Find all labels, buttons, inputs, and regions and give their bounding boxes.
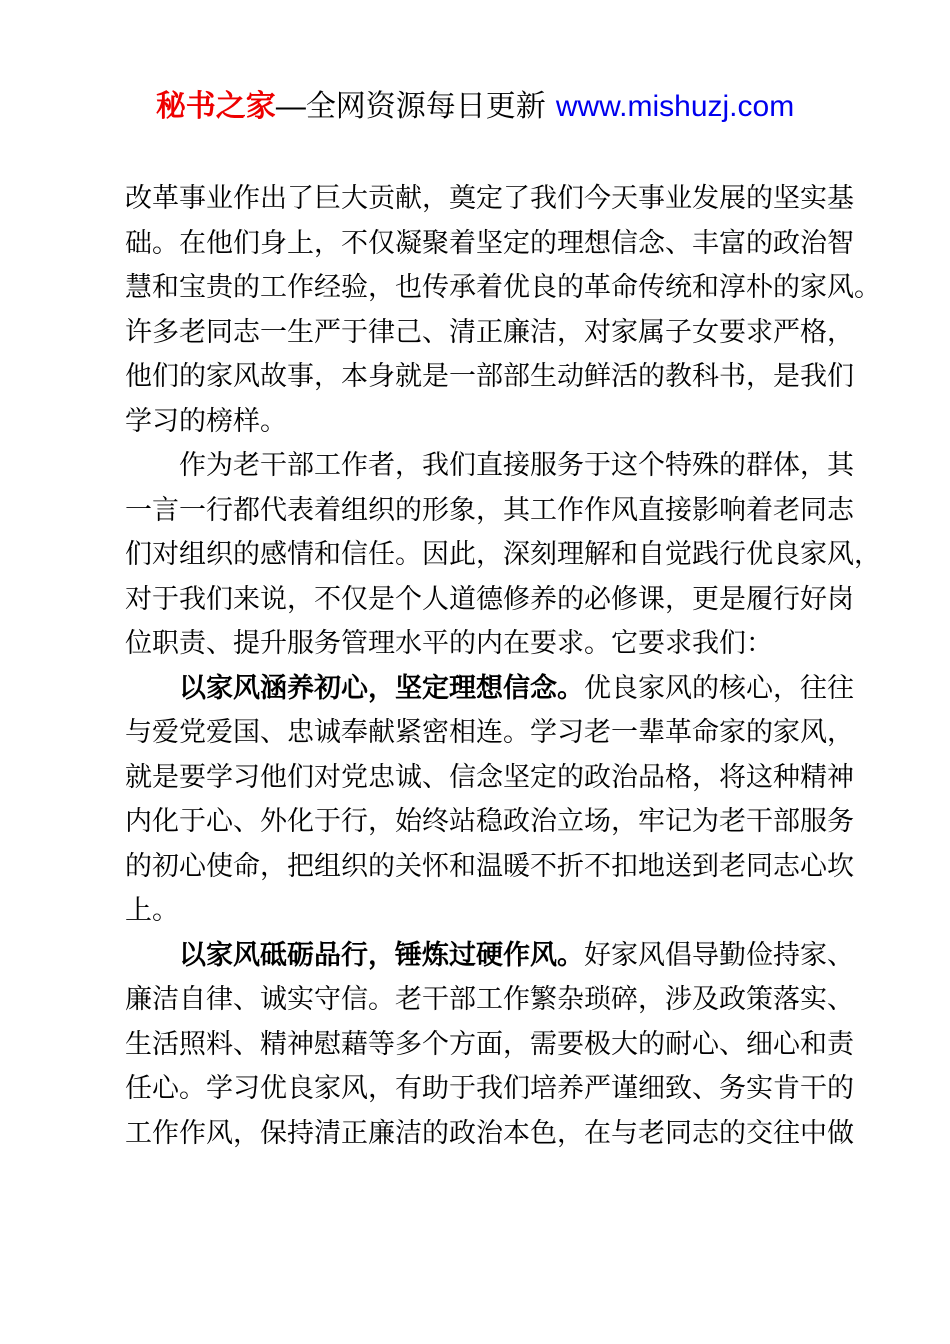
line-text: 们对组织的感情和信任。因此，深刻理解和自觉践行优良家风，	[125, 539, 881, 569]
text-line: 他们的家风故事，本身就是一部部生动鲜活的教科书，是我们	[125, 354, 880, 399]
text-line: 的初心使命，把组织的关怀和温暖不折不扣地送到老同志心坎	[125, 844, 880, 889]
site-name: 秘书之家	[156, 90, 276, 123]
text-line: 作为老干部工作者，我们直接服务于这个特殊的群体，其	[125, 443, 880, 488]
text-line: 生活照料、精神慰藉等多个方面，需要极大的耐心、细心和责	[125, 1022, 880, 1067]
text-line: 对于我们来说，不仅是个人道德修养的必修课，更是履行好岗	[125, 577, 880, 622]
line-text: 改革事业作出了巨大贡献，奠定了我们今天事业发展的坚实基	[125, 183, 854, 213]
text-line: 以家风砥砺品行，锤炼过硬作风。好家风倡导勤俭持家、	[125, 933, 880, 978]
line-text: 位职责、提升服务管理水平的内在要求。它要求我们：	[125, 628, 773, 658]
line-text: 学习的榜样。	[125, 406, 287, 436]
line-text: 他们的家风故事，本身就是一部部生动鲜活的教科书，是我们	[125, 361, 854, 391]
page-header: 秘书之家—全网资源每日更新www.mishuzj.com	[0, 86, 950, 128]
text-line: 就是要学习他们对党忠诚、信念坚定的政治品格，将这种精神	[125, 755, 880, 800]
line-text: 廉洁自律、诚实守信。老干部工作繁杂琐碎，涉及政策落实、	[125, 984, 854, 1014]
line-text: 工作作风，保持清正廉洁的政治本色，在与老同志的交往中做	[125, 1118, 854, 1148]
line-text: 一言一行都代表着组织的形象，其工作作风直接影响着老同志	[125, 495, 854, 525]
line-text: 作为老干部工作者，我们直接服务于这个特殊的群体，其	[179, 450, 854, 480]
line-text: 慧和宝贵的工作经验，也传承着优良的革命传统和淳朴的家风。	[125, 272, 881, 302]
document-page: 秘书之家—全网资源每日更新www.mishuzj.com 改革事业作出了巨大贡献…	[0, 0, 950, 1344]
text-line: 改革事业作出了巨大贡献，奠定了我们今天事业发展的坚实基	[125, 176, 880, 221]
text-line: 内化于心、外化于行，始终站稳政治立场，牢记为老干部服务	[125, 799, 880, 844]
text-line: 廉洁自律、诚实守信。老干部工作繁杂琐碎，涉及政策落实、	[125, 977, 880, 1022]
text-line: 学习的榜样。	[125, 399, 880, 444]
line-text: 础。在他们身上，不仅凝聚着坚定的理想信念、丰富的政治智	[125, 228, 854, 258]
text-line: 慧和宝贵的工作经验，也传承着优良的革命传统和淳朴的家风。	[125, 265, 880, 310]
bold-lead-text: 以家风涵养初心，坚定理想信念。	[179, 673, 584, 703]
text-line: 们对组织的感情和信任。因此，深刻理解和自觉践行优良家风，	[125, 532, 880, 577]
line-text: 好家风倡导勤俭持家、	[584, 940, 854, 970]
line-text: 对于我们来说，不仅是个人道德修养的必修课，更是履行好岗	[125, 584, 854, 614]
text-line: 与爱党爱国、忠诚奉献紧密相连。学习老一辈革命家的家风，	[125, 710, 880, 755]
text-line: 工作作风，保持清正廉洁的政治本色，在与老同志的交往中做	[125, 1111, 880, 1156]
text-line: 许多老同志一生严于律己、清正廉洁，对家属子女要求严格，	[125, 310, 880, 355]
line-text: 的初心使命，把组织的关怀和温暖不折不扣地送到老同志心坎	[125, 851, 854, 881]
line-text: 许多老同志一生严于律己、清正廉洁，对家属子女要求严格，	[125, 317, 854, 347]
text-line: 位职责、提升服务管理水平的内在要求。它要求我们：	[125, 621, 880, 666]
text-line: 任心。学习优良家风，有助于我们培养严谨细致、务实肯干的	[125, 1066, 880, 1111]
line-text: 上。	[125, 895, 179, 925]
line-text: 内化于心、外化于行，始终站稳政治立场，牢记为老干部服务	[125, 806, 854, 836]
document-body: 改革事业作出了巨大贡献，奠定了我们今天事业发展的坚实基础。在他们身上，不仅凝聚着…	[125, 176, 880, 1155]
text-line: 以家风涵养初心，坚定理想信念。优良家风的核心，往往	[125, 666, 880, 711]
header-tagline: 全网资源每日更新	[306, 90, 546, 123]
header-separator: —	[276, 90, 306, 123]
site-url-link[interactable]: www.mishuzj.com	[556, 90, 794, 123]
text-line: 础。在他们身上，不仅凝聚着坚定的理想信念、丰富的政治智	[125, 221, 880, 266]
line-text: 任心。学习优良家风，有助于我们培养严谨细致、务实肯干的	[125, 1073, 854, 1103]
text-line: 一言一行都代表着组织的形象，其工作作风直接影响着老同志	[125, 488, 880, 533]
text-line: 上。	[125, 888, 880, 933]
line-text: 优良家风的核心，往往	[584, 673, 854, 703]
line-text: 就是要学习他们对党忠诚、信念坚定的政治品格，将这种精神	[125, 762, 854, 792]
line-text: 与爱党爱国、忠诚奉献紧密相连。学习老一辈革命家的家风，	[125, 717, 854, 747]
line-text: 生活照料、精神慰藉等多个方面，需要极大的耐心、细心和责	[125, 1029, 854, 1059]
bold-lead-text: 以家风砥砺品行，锤炼过硬作风。	[179, 940, 584, 970]
